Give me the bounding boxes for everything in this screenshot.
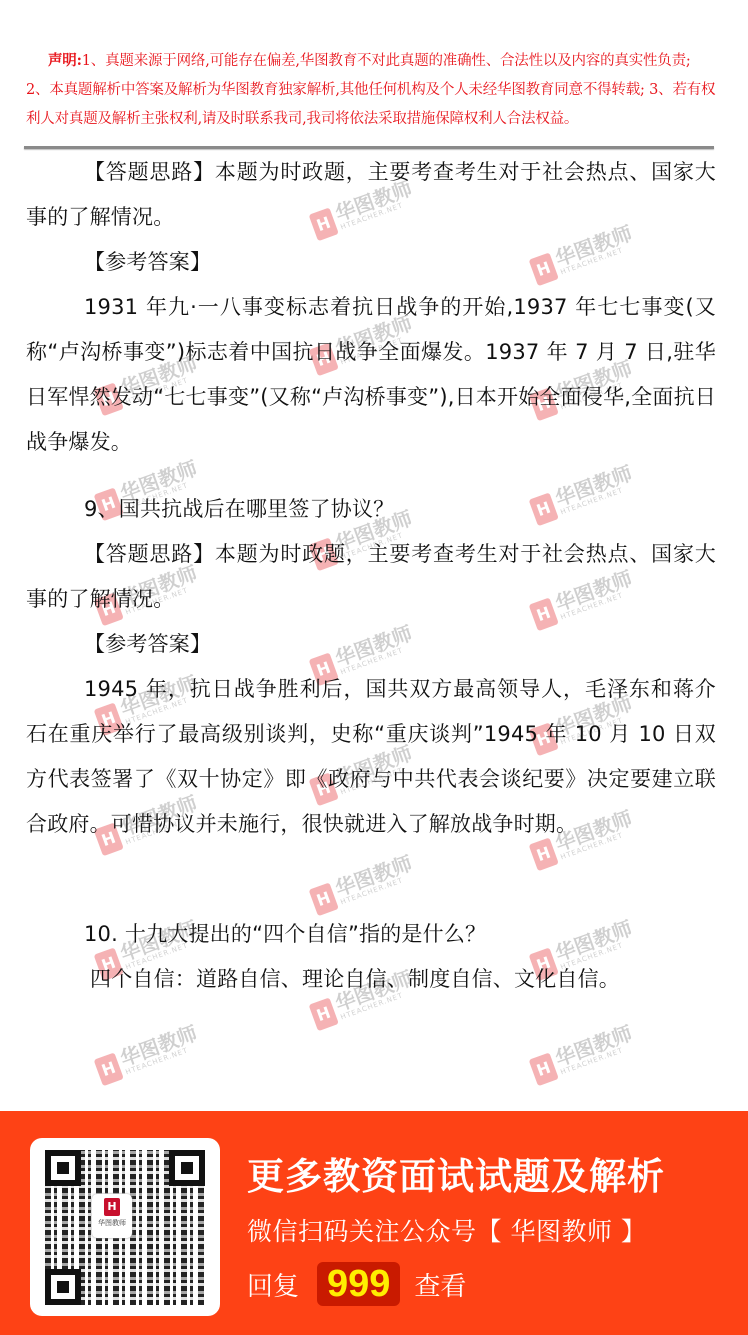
watermark-logo: H华图教师HTEACHER.NET bbox=[93, 1023, 203, 1087]
qr-finder-icon bbox=[45, 1150, 81, 1186]
q9-question: 9、国共抗战后在哪里签了协议？ bbox=[26, 487, 716, 532]
q9-approach: 【答题思路】本题为时政题，主要考查考生对于社会热点、国家大事的了解情况。 bbox=[26, 532, 716, 622]
qr-code[interactable]: H 华图教师 bbox=[30, 1138, 220, 1316]
q10-question: 10. 十九大提出的“四个自信”指的是什么？ bbox=[26, 912, 716, 957]
q10-answer: 四个自信：道路自信、理论自信、制度自信、文化自信。 bbox=[26, 957, 716, 1002]
qr-brand-logo: H 华图教师 bbox=[92, 1194, 132, 1238]
watermark-logo: H华图教师HTEACHER.NET bbox=[528, 1023, 638, 1087]
q9-answer-label: 【参考答案】 bbox=[26, 622, 716, 667]
banner-reply-instruction: 回复 999 查看 bbox=[247, 1262, 466, 1306]
reply-code-badge: 999 bbox=[317, 1262, 400, 1306]
banner-subtitle: 微信扫码关注公众号【 华图教师 】 bbox=[247, 1212, 646, 1248]
disclaimer: 声明:1、真题来源于网络,可能存在偏差,华图教育不对此真题的准确性、合法性以及内… bbox=[26, 46, 716, 134]
disclaimer-text: 1、真题来源于网络,可能存在偏差,华图教育不对此真题的准确性、合法性以及内容的真… bbox=[26, 53, 715, 127]
q8-approach: 【答题思路】本题为时政题，主要考查考生对于社会热点、国家大事的了解情况。 bbox=[26, 150, 716, 240]
qr-finder-icon bbox=[169, 1150, 205, 1186]
reply-prefix: 回复 bbox=[247, 1266, 299, 1303]
promo-banner: H 华图教师 更多教资面试试题及解析 微信扫码关注公众号【 华图教师 】 回复 … bbox=[0, 1111, 748, 1335]
qr-finder-icon bbox=[45, 1269, 81, 1305]
brand-logo-icon: H bbox=[104, 1198, 120, 1216]
q8-answer-label: 【参考答案】 bbox=[26, 240, 716, 285]
banner-title: 更多教资面试试题及解析 bbox=[247, 1146, 665, 1200]
header-divider bbox=[24, 146, 714, 149]
disclaimer-lead: 声明: bbox=[26, 52, 82, 69]
q9-answer: 1945 年，抗日战争胜利后，国共双方最高领导人，毛泽东和蒋介石在重庆举行了最高… bbox=[26, 667, 716, 847]
reply-suffix: 查看 bbox=[414, 1266, 466, 1303]
document-body: 【答题思路】本题为时政题，主要考查考生对于社会热点、国家大事的了解情况。 【参考… bbox=[26, 150, 716, 1002]
q8-answer: 1931 年九·一八事变标志着抗日战争的开始,1937 年七七事变(又称“卢沟桥… bbox=[26, 285, 716, 465]
